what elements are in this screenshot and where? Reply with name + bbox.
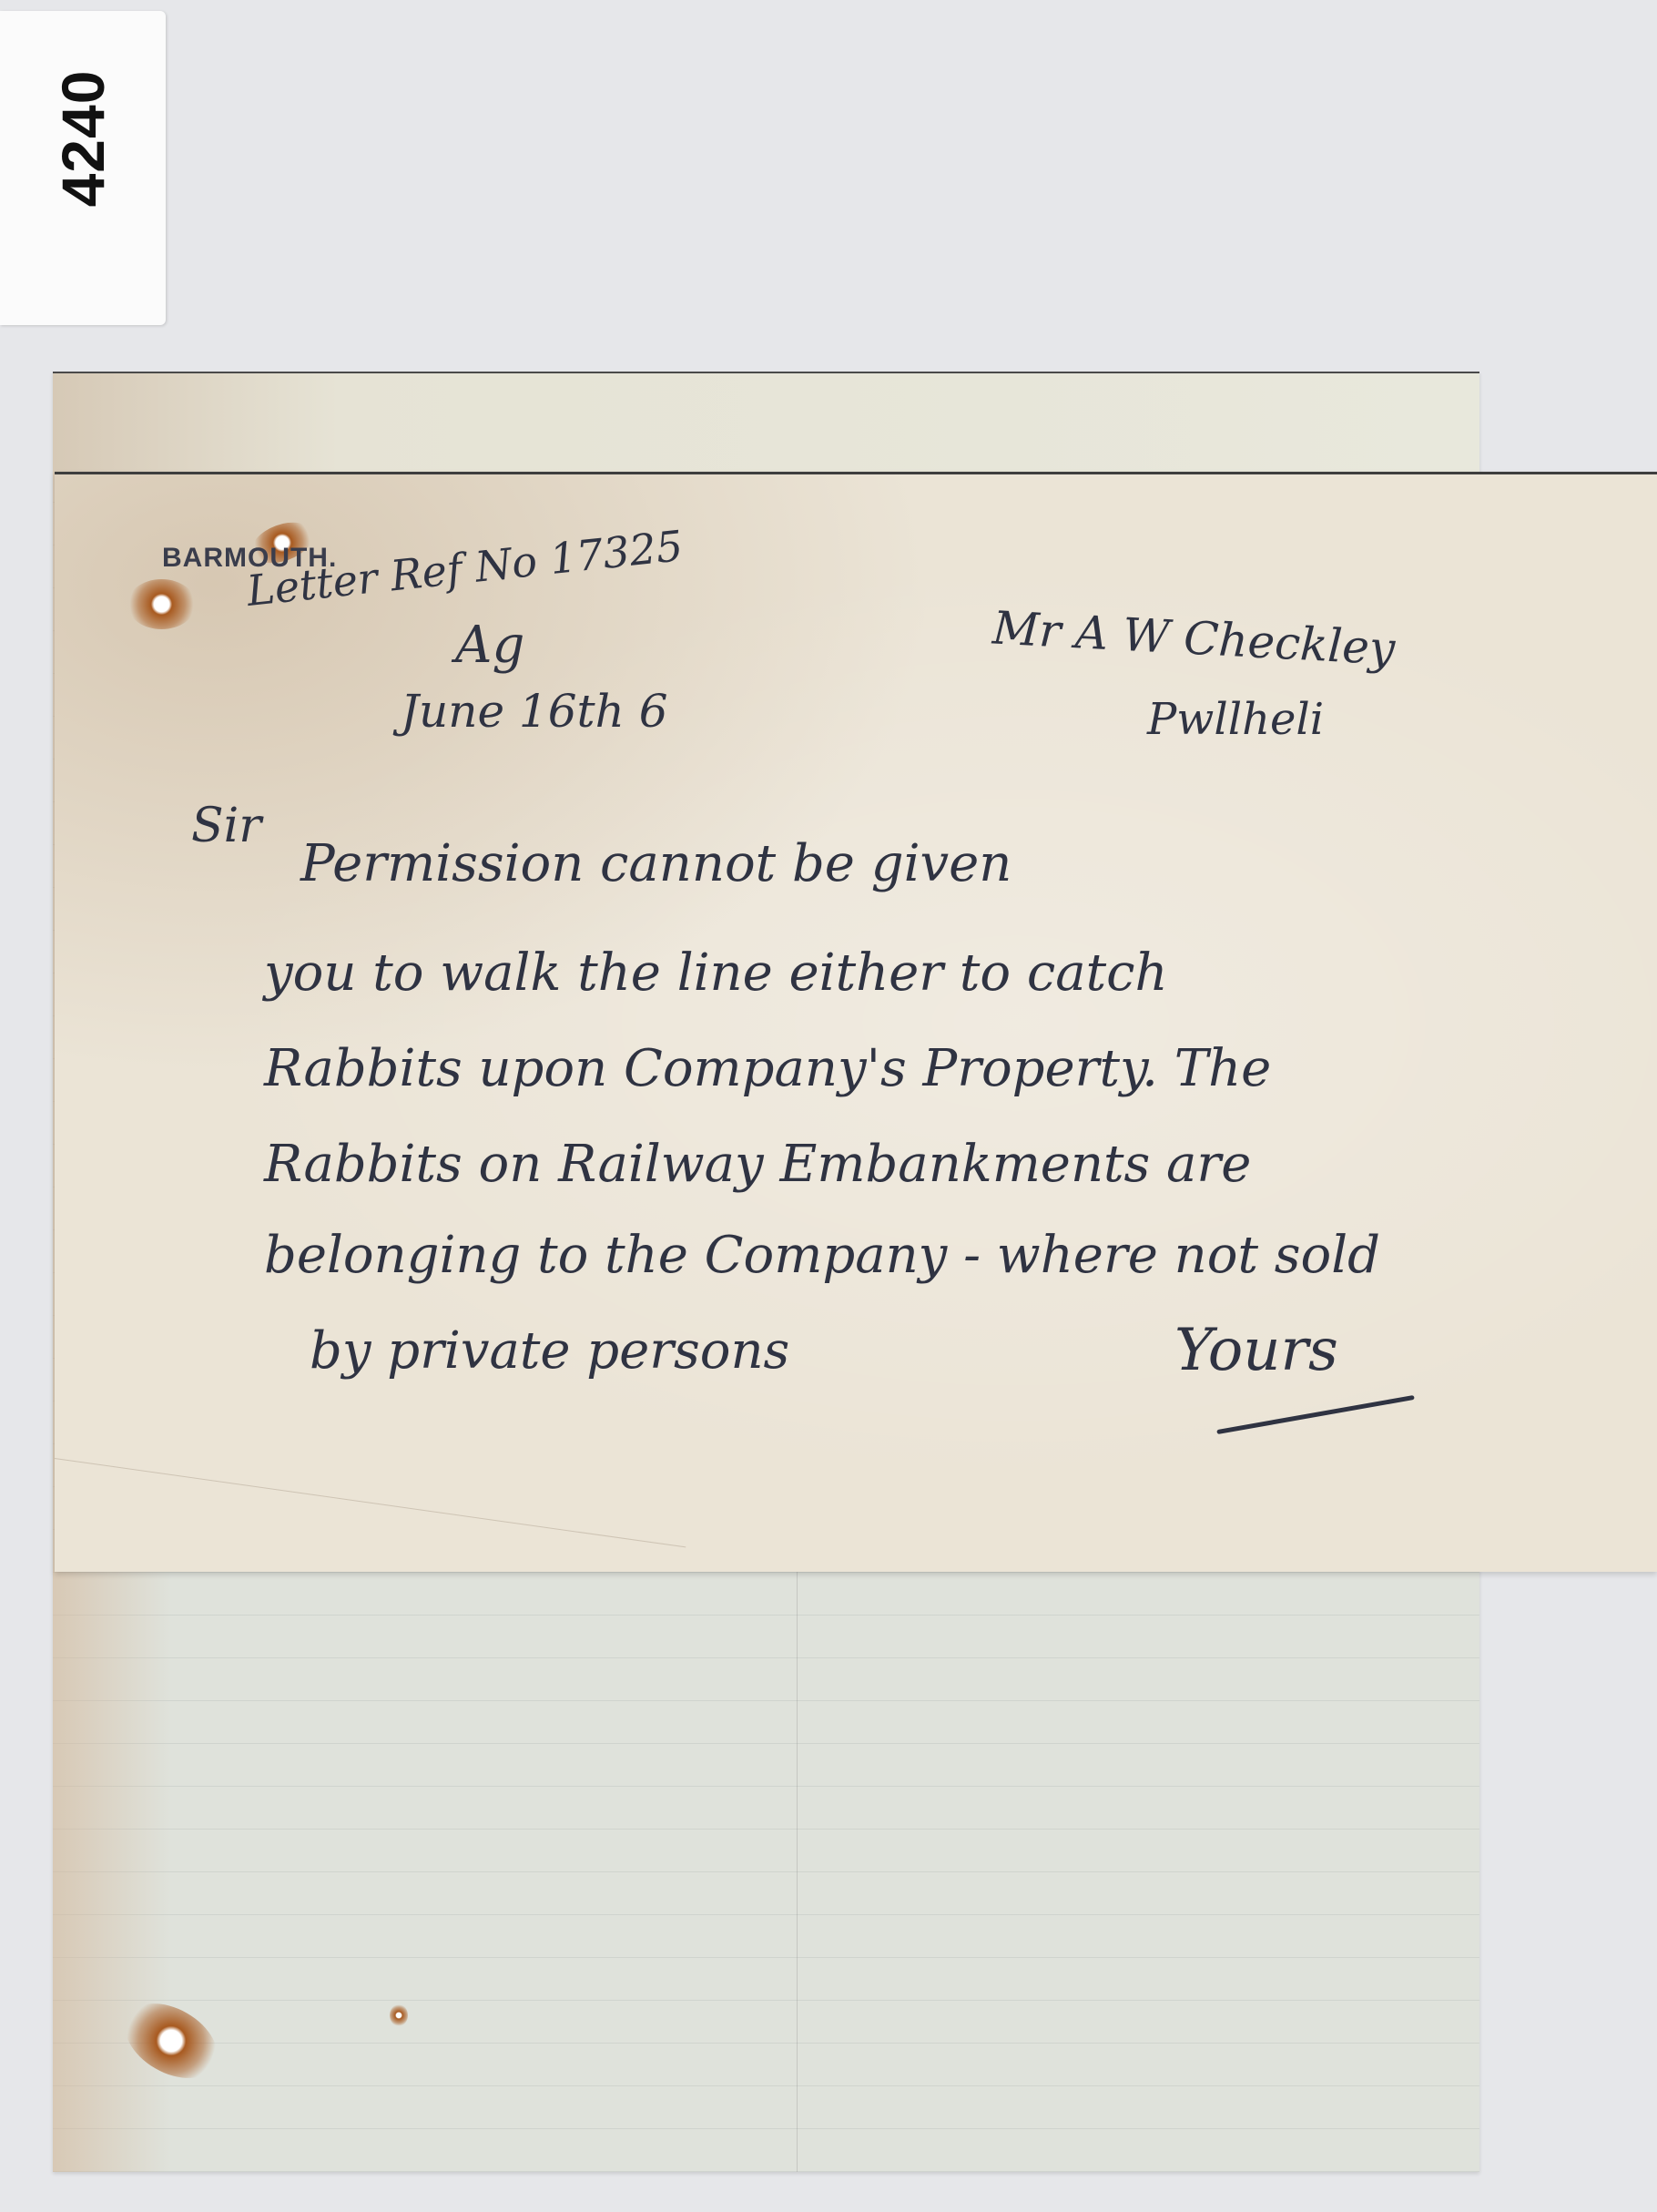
catalog-number-label: 4240 [0,11,166,325]
recipient-place: Pwllheli [1147,698,1324,741]
reference-mark: Ag [455,620,524,671]
signature: Yours [1174,1321,1338,1380]
catalog-number: 4240 [48,70,117,208]
body-line: belonging to the Company - where not sol… [264,1230,1380,1281]
rust-spot [390,2004,408,2026]
body-line: Permission cannot be given [300,839,1011,890]
back-sheet-top-strip [53,373,1479,474]
letter-date: June 16th 6 [401,688,668,734]
letter-sheet: BARMOUTH. Letter Ref No 17325 Ag June 16… [55,472,1657,1572]
body-line: Rabbits on Railway Embankments are [264,1139,1251,1190]
rust-stain [127,579,196,629]
body-line: Rabbits upon Company's Property. The [264,1044,1271,1095]
recipient-name: Mr A W Checkley [991,605,1396,671]
body-line: you to walk the line either to catch [264,948,1168,999]
fold-crease [55,1458,686,1547]
body-line: by private persons [310,1326,789,1377]
salutation: Sir [191,802,261,850]
signature-underline [1216,1395,1415,1434]
